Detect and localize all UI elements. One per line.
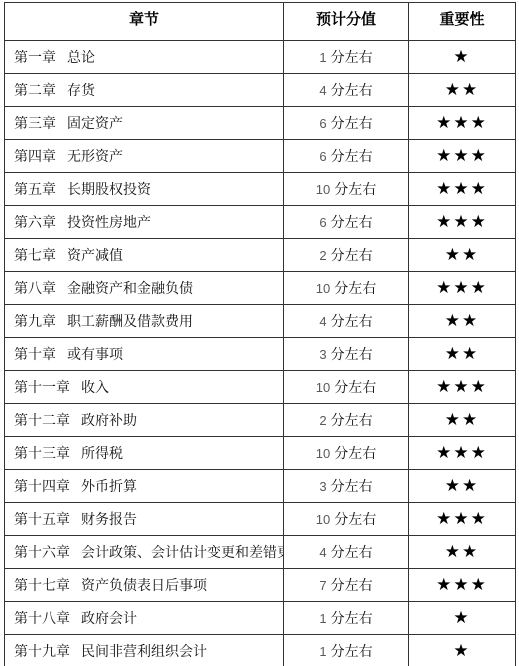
chapter-number: 第十章 xyxy=(14,346,56,362)
chapter-number: 第十八章 xyxy=(14,610,70,626)
chapter-number: 第九章 xyxy=(14,313,56,329)
score-number: 10 xyxy=(316,281,330,296)
importance-cell: ★ xyxy=(409,635,516,666)
score-cell: 1分左右 xyxy=(284,602,409,635)
page: 章节 预计分值 重要性 第一章总论1分左右★第二章存货4分左右★★第三章固定资产… xyxy=(0,0,519,666)
chapter-cell: 第二章存货 xyxy=(5,74,284,107)
importance-cell: ★★★ xyxy=(409,569,516,602)
score-unit: 分左右 xyxy=(331,115,373,131)
score-cell: 10分左右 xyxy=(284,173,409,206)
importance-cell: ★★★ xyxy=(409,371,516,404)
chapter-number: 第六章 xyxy=(14,214,56,230)
chapter-number: 第八章 xyxy=(14,280,56,296)
star-rating: ★★★ xyxy=(436,377,488,396)
chapter-number: 第十五章 xyxy=(14,511,70,527)
chapter-title: 政府会计 xyxy=(81,610,137,626)
table-row: 第十二章政府补助2分左右★★ xyxy=(5,404,516,437)
score-unit: 分左右 xyxy=(331,610,373,626)
score-unit: 分左右 xyxy=(331,478,373,494)
table-row: 第十四章外币折算3分左右★★ xyxy=(5,470,516,503)
chapter-title: 资产减值 xyxy=(67,247,123,263)
importance-cell: ★★★ xyxy=(409,437,516,470)
score-cell: 10分左右 xyxy=(284,503,409,536)
star-rating: ★ xyxy=(453,608,470,627)
score-unit: 分左右 xyxy=(334,445,376,461)
table-row: 第十九章民间非营利组织会计1分左右★ xyxy=(5,635,516,666)
star-rating: ★★★ xyxy=(436,278,488,297)
score-unit: 分左右 xyxy=(331,49,373,65)
chapter-cell: 第三章固定资产 xyxy=(5,107,284,140)
chapter-cell: 第四章无形资产 xyxy=(5,140,284,173)
star-rating: ★★★ xyxy=(436,575,488,594)
importance-cell: ★★★ xyxy=(409,173,516,206)
score-number: 6 xyxy=(319,149,326,164)
chapter-number: 第十九章 xyxy=(14,643,70,659)
score-number: 2 xyxy=(319,248,326,263)
score-unit: 分左右 xyxy=(331,643,373,659)
score-cell: 6分左右 xyxy=(284,107,409,140)
score-cell: 10分左右 xyxy=(284,371,409,404)
importance-cell: ★★ xyxy=(409,74,516,107)
score-cell: 6分左右 xyxy=(284,140,409,173)
score-unit: 分左右 xyxy=(331,247,373,263)
score-cell: 1分左右 xyxy=(284,41,409,74)
table-row: 第十三章所得税10分左右★★★ xyxy=(5,437,516,470)
score-unit: 分左右 xyxy=(334,280,376,296)
star-rating: ★★★ xyxy=(436,509,488,528)
score-cell: 4分左右 xyxy=(284,305,409,338)
score-cell: 4分左右 xyxy=(284,536,409,569)
score-number: 1 xyxy=(319,611,326,626)
chapter-cell: 第一章总论 xyxy=(5,41,284,74)
table-row: 第一章总论1分左右★ xyxy=(5,41,516,74)
score-number: 10 xyxy=(316,380,330,395)
importance-cell: ★★ xyxy=(409,404,516,437)
star-rating: ★★ xyxy=(445,410,479,429)
table-body: 第一章总论1分左右★第二章存货4分左右★★第三章固定资产6分左右★★★第四章无形… xyxy=(5,41,516,666)
chapter-cell: 第十五章财务报告 xyxy=(5,503,284,536)
score-number: 3 xyxy=(319,479,326,494)
table-row: 第十五章财务报告10分左右★★★ xyxy=(5,503,516,536)
table-row: 第八章金融资产和金融负债10分左右★★★ xyxy=(5,272,516,305)
chapter-number: 第五章 xyxy=(14,181,56,197)
score-unit: 分左右 xyxy=(331,544,373,560)
chapter-importance-table: 章节 预计分值 重要性 第一章总论1分左右★第二章存货4分左右★★第三章固定资产… xyxy=(4,2,516,666)
score-number: 10 xyxy=(316,512,330,527)
chapter-title: 无形资产 xyxy=(67,148,123,164)
star-rating: ★★★ xyxy=(436,443,488,462)
chapter-title: 外币折算 xyxy=(81,478,137,494)
chapter-number: 第十三章 xyxy=(14,445,70,461)
chapter-cell: 第十六章会计政策、会计估计变更和差错更正 xyxy=(5,536,284,569)
chapter-cell: 第十九章民间非营利组织会计 xyxy=(5,635,284,666)
score-number: 3 xyxy=(319,347,326,362)
star-rating: ★★★ xyxy=(436,146,488,165)
score-number: 4 xyxy=(319,314,326,329)
table-row: 第六章投资性房地产6分左右★★★ xyxy=(5,206,516,239)
header-importance: 重要性 xyxy=(409,3,516,41)
chapter-cell: 第七章资产减值 xyxy=(5,239,284,272)
table-row: 第五章长期股权投资10分左右★★★ xyxy=(5,173,516,206)
chapter-number: 第三章 xyxy=(14,115,56,131)
score-unit: 分左右 xyxy=(331,577,373,593)
importance-cell: ★★★ xyxy=(409,503,516,536)
table-row: 第四章无形资产6分左右★★★ xyxy=(5,140,516,173)
chapter-title: 固定资产 xyxy=(67,115,123,131)
score-cell: 2分左右 xyxy=(284,404,409,437)
score-unit: 分左右 xyxy=(334,379,376,395)
chapter-title: 收入 xyxy=(81,379,109,395)
score-unit: 分左右 xyxy=(331,148,373,164)
importance-cell: ★★ xyxy=(409,470,516,503)
chapter-title: 民间非营利组织会计 xyxy=(81,643,207,659)
score-cell: 1分左右 xyxy=(284,635,409,666)
chapter-title: 政府补助 xyxy=(81,412,137,428)
score-unit: 分左右 xyxy=(331,82,373,98)
chapter-number: 第四章 xyxy=(14,148,56,164)
chapter-title: 存货 xyxy=(67,82,95,98)
score-number: 10 xyxy=(316,182,330,197)
importance-cell: ★★★ xyxy=(409,107,516,140)
chapter-title: 或有事项 xyxy=(67,346,123,362)
score-cell: 10分左右 xyxy=(284,272,409,305)
chapter-title: 会计政策、会计估计变更和差错更正 xyxy=(81,544,284,560)
header-score: 预计分值 xyxy=(284,3,409,41)
score-number: 4 xyxy=(319,83,326,98)
importance-cell: ★ xyxy=(409,602,516,635)
chapter-cell: 第十一章收入 xyxy=(5,371,284,404)
star-rating: ★★ xyxy=(445,245,479,264)
chapter-title: 资产负债表日后事项 xyxy=(81,577,207,593)
star-rating: ★★ xyxy=(445,80,479,99)
chapter-number: 第十四章 xyxy=(14,478,70,494)
score-cell: 3分左右 xyxy=(284,470,409,503)
importance-cell: ★★ xyxy=(409,305,516,338)
score-number: 7 xyxy=(319,578,326,593)
score-number: 1 xyxy=(319,50,326,65)
score-unit: 分左右 xyxy=(331,313,373,329)
chapter-title: 总论 xyxy=(67,49,95,65)
chapter-cell: 第十七章资产负债表日后事项 xyxy=(5,569,284,602)
score-number: 2 xyxy=(319,413,326,428)
chapter-cell: 第五章长期股权投资 xyxy=(5,173,284,206)
score-unit: 分左右 xyxy=(331,346,373,362)
importance-cell: ★★ xyxy=(409,338,516,371)
table-row: 第十一章收入10分左右★★★ xyxy=(5,371,516,404)
chapter-cell: 第十章或有事项 xyxy=(5,338,284,371)
chapter-title: 所得税 xyxy=(81,445,123,461)
chapter-number: 第二章 xyxy=(14,82,56,98)
star-rating: ★★★ xyxy=(436,113,488,132)
importance-cell: ★★ xyxy=(409,536,516,569)
chapter-title: 长期股权投资 xyxy=(67,181,151,197)
chapter-cell: 第十三章所得税 xyxy=(5,437,284,470)
chapter-cell: 第十四章外币折算 xyxy=(5,470,284,503)
score-unit: 分左右 xyxy=(334,511,376,527)
chapter-title: 财务报告 xyxy=(81,511,137,527)
table-row: 第十七章资产负债表日后事项7分左右★★★ xyxy=(5,569,516,602)
importance-cell: ★ xyxy=(409,41,516,74)
score-cell: 4分左右 xyxy=(284,74,409,107)
star-rating: ★★ xyxy=(445,344,479,363)
table-row: 第三章固定资产6分左右★★★ xyxy=(5,107,516,140)
importance-cell: ★★★ xyxy=(409,272,516,305)
score-cell: 10分左右 xyxy=(284,437,409,470)
score-cell: 2分左右 xyxy=(284,239,409,272)
table-row: 第十六章会计政策、会计估计变更和差错更正4分左右★★ xyxy=(5,536,516,569)
score-unit: 分左右 xyxy=(331,214,373,230)
score-unit: 分左右 xyxy=(334,181,376,197)
score-cell: 3分左右 xyxy=(284,338,409,371)
star-rating: ★★★ xyxy=(436,179,488,198)
score-number: 6 xyxy=(319,116,326,131)
score-unit: 分左右 xyxy=(331,412,373,428)
importance-cell: ★★★ xyxy=(409,206,516,239)
star-rating: ★★ xyxy=(445,476,479,495)
header-row: 章节 预计分值 重要性 xyxy=(5,3,516,41)
star-rating: ★ xyxy=(453,47,470,66)
chapter-title: 职工薪酬及借款费用 xyxy=(67,313,193,329)
importance-cell: ★★ xyxy=(409,239,516,272)
chapter-cell: 第八章金融资产和金融负债 xyxy=(5,272,284,305)
table-row: 第十八章政府会计1分左右★ xyxy=(5,602,516,635)
table-header: 章节 预计分值 重要性 xyxy=(5,3,516,41)
chapter-cell: 第十八章政府会计 xyxy=(5,602,284,635)
chapter-number: 第一章 xyxy=(14,49,56,65)
star-rating: ★ xyxy=(453,641,470,660)
table-row: 第二章存货4分左右★★ xyxy=(5,74,516,107)
star-rating: ★★ xyxy=(445,311,479,330)
table-row: 第七章资产减值2分左右★★ xyxy=(5,239,516,272)
chapter-number: 第七章 xyxy=(14,247,56,263)
score-cell: 7分左右 xyxy=(284,569,409,602)
score-number: 6 xyxy=(319,215,326,230)
chapter-cell: 第九章职工薪酬及借款费用 xyxy=(5,305,284,338)
chapter-number: 第十二章 xyxy=(14,412,70,428)
score-cell: 6分左右 xyxy=(284,206,409,239)
score-number: 4 xyxy=(319,545,326,560)
chapter-cell: 第十二章政府补助 xyxy=(5,404,284,437)
chapter-title: 投资性房地产 xyxy=(67,214,151,230)
table-row: 第十章或有事项3分左右★★ xyxy=(5,338,516,371)
table-row: 第九章职工薪酬及借款费用4分左右★★ xyxy=(5,305,516,338)
chapter-cell: 第六章投资性房地产 xyxy=(5,206,284,239)
chapter-number: 第十七章 xyxy=(14,577,70,593)
score-number: 10 xyxy=(316,446,330,461)
star-rating: ★★ xyxy=(445,542,479,561)
chapter-number: 第十一章 xyxy=(14,379,70,395)
star-rating: ★★★ xyxy=(436,212,488,231)
header-chapter: 章节 xyxy=(5,3,284,41)
chapter-title: 金融资产和金融负债 xyxy=(67,280,193,296)
chapter-number: 第十六章 xyxy=(14,544,70,560)
score-number: 1 xyxy=(319,644,326,659)
importance-cell: ★★★ xyxy=(409,140,516,173)
